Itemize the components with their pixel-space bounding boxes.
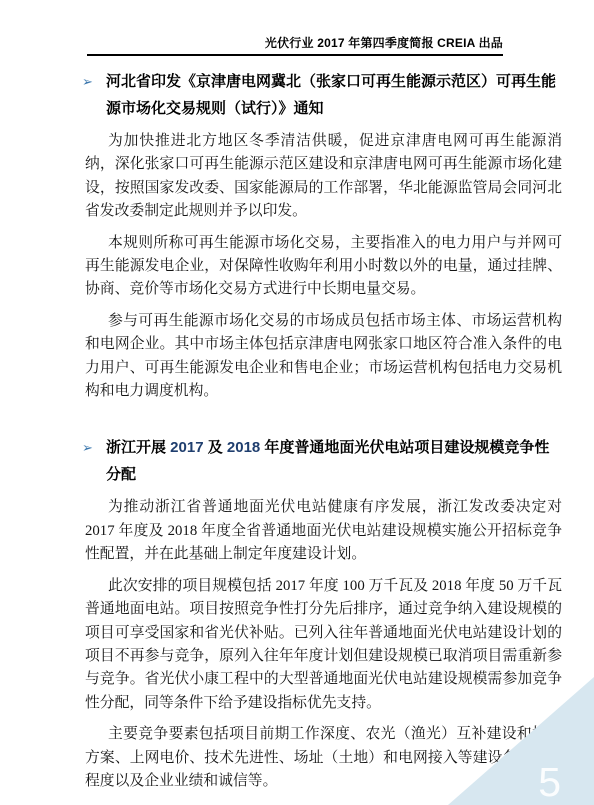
section-hebei-heading: ➢ 河北省印发《京津唐电网冀北（张家口可再生能源示范区）可再生能源市场化交易规则… [85, 68, 562, 122]
heading-text-part: 浙江开展 [106, 439, 170, 456]
paragraph: 本规则所称可再生能源市场化交易，主要指准入的电力用户与并网可再生能源发电企业，对… [85, 232, 562, 302]
paragraph: 为加快推进北方地区冬季清洁供暖，促进京津唐电网可再生能源消纳，深化张家口可再生能… [85, 130, 562, 224]
arrow-bullet-icon: ➢ [82, 68, 106, 122]
section-hebei-heading-text: 河北省印发《京津唐电网冀北（张家口可再生能源示范区）可再生能源市场化交易规则（试… [106, 68, 562, 122]
heading-year: 2017 [170, 439, 203, 456]
document-page: 光伏行业 2017 年第四季度简报 CREIA 出品 ➢ 河北省印发《京津唐电网… [0, 0, 594, 805]
page-number: 5 [538, 762, 561, 803]
paragraph: 为推动浙江省普通地面光伏电站健康有序发展，浙江发改委决定对 2017 年度及 2… [85, 496, 562, 566]
heading-year: 2018 [227, 439, 260, 456]
heading-text-part: 及 [204, 439, 227, 456]
page-header: 光伏行业 2017 年第四季度简报 CREIA 出品 [87, 34, 503, 56]
section-hebei: ➢ 河北省印发《京津唐电网冀北（张家口可再生能源示范区）可再生能源市场化交易规则… [85, 68, 562, 403]
section-zhejiang-heading-text: 浙江开展 2017 及 2018 年度普通地面光伏电站项目建设规模竞争性分配 [106, 434, 562, 488]
paragraph: 参与可再生能源市场化交易的市场成员包括市场主体、市场运营机构和电网企业。其中市场… [85, 310, 562, 404]
page-content: ➢ 河北省印发《京津唐电网冀北（张家口可再生能源示范区）可再生能源市场化交易规则… [85, 62, 562, 793]
paragraph: 此次安排的项目规模包括 2017 年度 100 万千瓦及 2018 年度 50 … [85, 575, 562, 715]
arrow-bullet-icon: ➢ [82, 434, 106, 488]
page-header-text: 光伏行业 2017 年第四季度简报 CREIA 出品 [265, 36, 503, 50]
section-zhejiang: ➢ 浙江开展 2017 及 2018 年度普通地面光伏电站项目建设规模竞争性分配… [85, 434, 562, 793]
section-zhejiang-heading: ➢ 浙江开展 2017 及 2018 年度普通地面光伏电站项目建设规模竞争性分配 [85, 434, 562, 488]
